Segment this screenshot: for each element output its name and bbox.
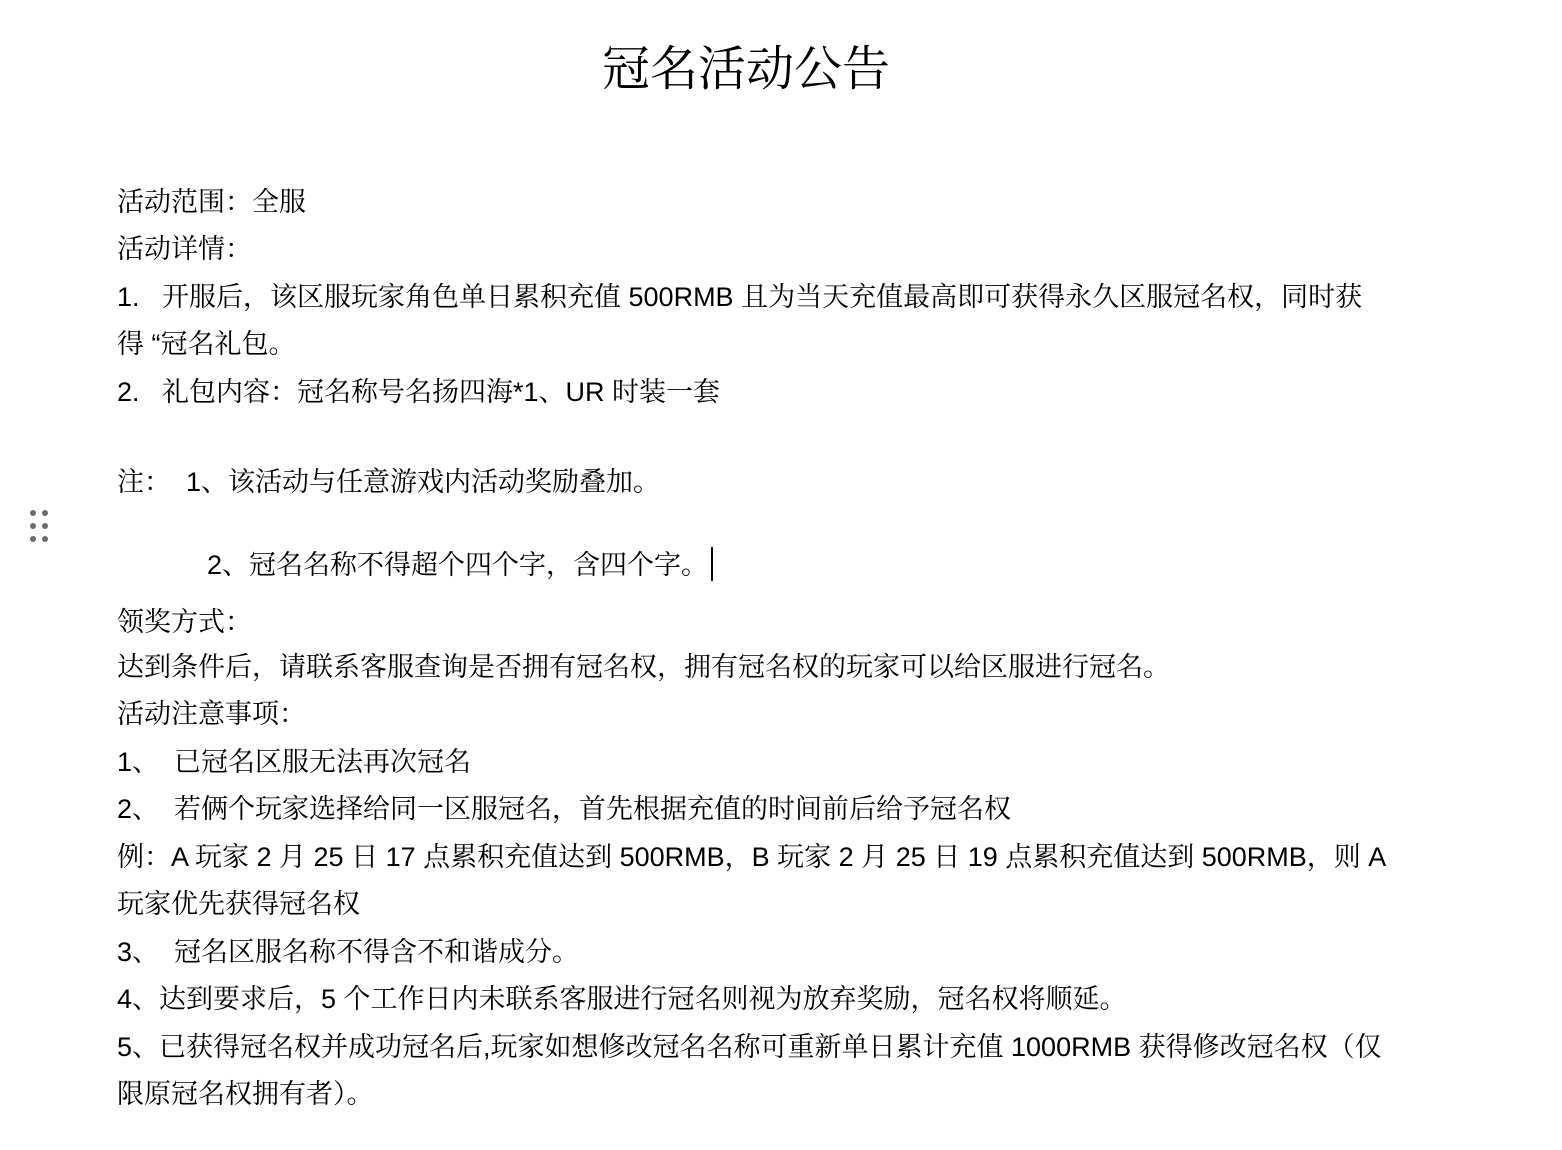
document-canvas[interactable]: 冠名活动公告 活动范围：全服 活动详情： 1. 开服后，该区服玩家角色单日累积充… (0, 0, 1562, 1150)
text-line[interactable]: 2、冠名名称不得超个四个字，含四个字。 (117, 513, 713, 616)
text-line[interactable]: 活动范围：全服 (117, 185, 306, 219)
text-line[interactable]: 得 “冠名礼包。 (117, 327, 296, 361)
text-line[interactable]: 领奖方式： (117, 605, 252, 639)
text-line[interactable]: 1、 已冠名区服无法再次冠名 (117, 745, 471, 779)
drag-handle-icon[interactable] (30, 510, 48, 542)
text-line[interactable]: 玩家优先获得冠名权 (117, 887, 360, 921)
text-line[interactable]: 注： 1、该活动与任意游戏内活动奖励叠加。 (117, 465, 660, 499)
text-line[interactable]: 1. 开服后，该区服玩家角色单日累积充值 500RMB 且为当天充值最高即可获得… (117, 280, 1362, 314)
text-line[interactable]: 活动注意事项： (117, 697, 306, 731)
text-line[interactable]: 达到条件后，请联系客服查询是否拥有冠名权，拥有冠名权的玩家可以给区服进行冠名。 (117, 650, 1170, 684)
text-line-content: 2、冠名名称不得超个四个字，含四个字。 (147, 550, 708, 580)
document-title[interactable]: 冠名活动公告 (117, 40, 1375, 100)
text-line[interactable]: 2、 若俩个玩家选择给同一区服冠名，首先根据充值的时间前后给予冠名权 (117, 792, 1011, 826)
text-line[interactable]: 活动详情： (117, 232, 252, 266)
text-line[interactable]: 限原冠名权拥有者）。 (117, 1077, 374, 1111)
text-line[interactable]: 5、已获得冠名权并成功冠名后,玩家如想修改冠名名称可重新单日累计充值 1000R… (117, 1030, 1382, 1064)
text-line[interactable]: 例：A 玩家 2 月 25 日 17 点累积充值达到 500RMB，B 玩家 2… (117, 840, 1386, 874)
text-line[interactable]: 3、 冠名区服名称不得含不和谐成分。 (117, 935, 579, 969)
text-line[interactable]: 2. 礼包内容：冠名称号名扬四海*1、UR 时装一套 (117, 375, 720, 409)
text-cursor (711, 547, 713, 581)
text-line[interactable]: 4、达到要求后，5 个工作日内未联系客服进行冠名则视为放弃奖励，冠名权将顺延。 (117, 982, 1127, 1016)
